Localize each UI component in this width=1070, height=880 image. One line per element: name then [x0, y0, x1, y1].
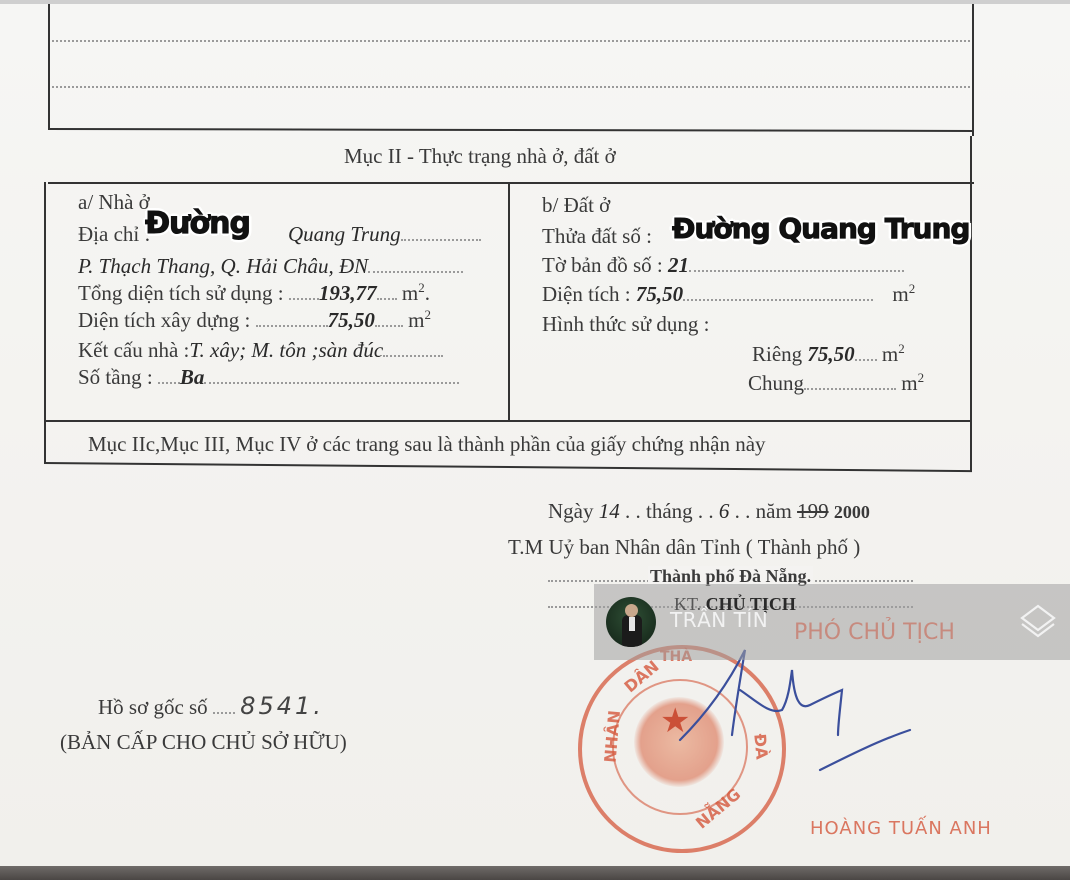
house-address-value: Quang Trung — [288, 222, 481, 247]
leader-dots — [383, 355, 443, 357]
land-plot-label: Thửa đất số : — [542, 224, 652, 249]
issue-date: Ngày 14 . . tháng . . 6 . . năm 199 2000 — [548, 499, 870, 524]
frame-left-upper — [48, 4, 50, 128]
day-value: 14 — [599, 499, 620, 523]
unit: m — [901, 371, 917, 395]
column-divider — [508, 182, 510, 422]
land-usage-label: Hình thức sử dụng : — [542, 312, 709, 337]
leader-dots — [256, 325, 328, 327]
leader-dots — [375, 325, 403, 327]
unit-sup: 2 — [418, 280, 425, 295]
year-value: 2000 — [834, 502, 870, 522]
signature — [670, 640, 930, 780]
signer-name: HOÀNG TUẤN ANH — [810, 818, 992, 839]
record-value: 8541. — [240, 692, 324, 720]
land-shared-row: Chung m2 — [748, 370, 924, 396]
land-area-value: 75,50 — [636, 282, 683, 306]
land-map-sheet-row: Tờ bản đồ số : 21 — [542, 253, 904, 278]
unit: m — [892, 282, 908, 306]
year-label: năm — [756, 499, 792, 523]
build-area-value: 75,50 — [328, 308, 375, 332]
month-value: 6 — [719, 499, 730, 523]
land-heading: b/ Đất ở — [542, 193, 610, 218]
floors-value: Ba — [180, 365, 205, 389]
build-area-label: Diện tích xây dựng : — [78, 308, 250, 332]
avatar-shirt — [629, 617, 635, 631]
leader-dots — [213, 712, 235, 714]
unit-sup: 2 — [898, 341, 905, 356]
record-label: Hồ sơ gốc số — [98, 695, 208, 719]
note-bottom-border — [44, 462, 972, 472]
frame-right-upper — [972, 4, 974, 136]
total-area-value: 193,77 — [319, 281, 377, 305]
year-struck: 199 — [797, 499, 829, 523]
leader-dots — [289, 298, 319, 300]
document-page: Mục II - Thực trạng nhà ở, đất ở a/ Nhà … — [0, 0, 1070, 880]
unit-sup: 2 — [918, 370, 925, 385]
house-floors-row: Số tầng : Ba — [78, 365, 459, 390]
section-title: Mục II - Thực trạng nhà ở, đất ở — [344, 144, 616, 169]
leader-dots — [855, 359, 877, 361]
watermark-bar: KT. CHỦ TỊCH PHÓ CHỦ TỊCH TRẦN TÍN — [594, 584, 1070, 660]
house-address-line2: P. Thạch Thang, Q. Hải Châu, ĐN — [78, 254, 463, 279]
structure-label: Kết cấu nhà : — [78, 338, 189, 362]
leader-dots — [158, 382, 180, 384]
leader-dots — [377, 298, 397, 300]
private-label: Riêng — [752, 342, 802, 366]
page-top-edge — [0, 0, 1070, 4]
leader-dots — [683, 299, 873, 301]
leader-dots — [804, 388, 896, 390]
section-top-border — [48, 128, 974, 132]
house-address-label: Địa chỉ : — [78, 222, 150, 247]
page-bottom-edge — [0, 866, 1070, 880]
address-street: Quang Trung — [288, 222, 401, 246]
authority-line-4: PHÓ CHỦ TỊCH — [794, 620, 955, 645]
table-bottom-border — [44, 420, 972, 422]
unit-sup: 2 — [909, 281, 916, 296]
house-structure-row: Kết cấu nhà :T. xây; M. tôn ;sàn đúc — [78, 338, 443, 363]
map-sheet-label: Tờ bản đồ số : — [542, 253, 663, 277]
month-label: tháng — [646, 499, 693, 523]
address-ward-district: P. Thạch Thang, Q. Hải Châu, ĐN — [78, 254, 368, 278]
overlay-label-street-full: Đường Quang Trung — [672, 212, 969, 245]
land-area-label: Diện tích : — [542, 282, 631, 306]
blank-line-2 — [52, 86, 970, 88]
map-sheet-value: 21 — [668, 253, 689, 277]
unit: m — [408, 308, 424, 332]
footer-note: Mục IIc,Mục III, Mục IV ở các trang sau … — [88, 432, 766, 457]
overlay-label-street: Đường — [145, 206, 250, 241]
total-area-label: Tổng diện tích sử dụng : — [78, 281, 284, 305]
house-heading: a/ Nhà ở — [78, 190, 150, 215]
private-value: 75,50 — [807, 342, 854, 366]
authority-line-1: T.M Uỷ ban Nhân dân Tỉnh ( Thành phố ) — [508, 535, 860, 560]
avatar-head — [625, 604, 638, 617]
section-header-divider — [48, 182, 974, 184]
stacked-layers-logo-icon — [1018, 602, 1058, 642]
land-area-row: Diện tích : 75,50 m2 — [542, 281, 915, 307]
leader-dots — [204, 382, 459, 384]
leader-dots — [689, 270, 904, 272]
unit: m — [402, 281, 418, 305]
watermark-user-name[interactable]: TRẦN TÍN — [670, 608, 768, 632]
house-total-area-row: Tổng diện tích sử dụng : 193,77 m2. — [78, 280, 430, 306]
structure-value: T. xây; M. tôn ;sàn đúc — [189, 338, 383, 362]
shared-label: Chung — [748, 371, 804, 395]
house-build-area-row: Diện tích xây dựng : 75,50 m2 — [78, 307, 431, 333]
land-private-row: Riêng 75,50 m2 — [752, 341, 905, 367]
user-avatar-icon[interactable] — [606, 597, 656, 647]
unit: m — [882, 342, 898, 366]
leader-dots — [368, 271, 463, 273]
unit-sup: 2 — [424, 307, 431, 322]
blank-line-1 — [52, 40, 970, 42]
record-row: Hồ sơ gốc số 8541. — [98, 692, 324, 720]
copy-note: (BẢN CẤP CHO CHỦ SỞ HỮU) — [60, 730, 347, 755]
floors-label: Số tầng : — [78, 365, 153, 389]
leader-dots — [401, 239, 481, 241]
day-label: Ngày — [548, 499, 594, 523]
